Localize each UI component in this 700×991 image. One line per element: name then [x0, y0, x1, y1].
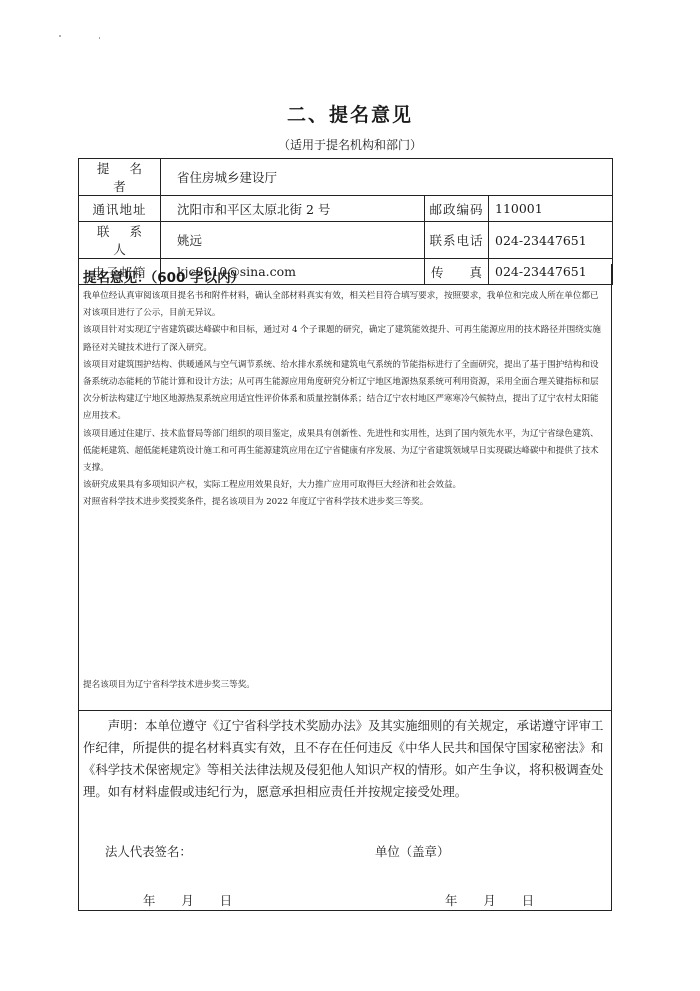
legal-rep-date: 年 月 日: [143, 891, 232, 909]
scan-speck: [59, 35, 61, 37]
date-month-label: 月: [181, 891, 193, 909]
opinion-paragraph: 对照省科学技术进步奖授奖条件，提名该项目为 2022 年度辽宁省科学技术进步奖三…: [83, 494, 605, 511]
opinion-paragraph: 我单位经认真审阅该项目提名书和附件材料，确认全部材料真实有效，相关栏目符合填写要…: [83, 288, 605, 322]
opinion-paragraph: 该研究成果具有多项知识产权，实际工程应用效果良好，大力推广应用可取得巨大经济和社…: [83, 477, 605, 494]
page-title: 二、提名意见: [0, 100, 700, 127]
contact-label: 联 系 人: [79, 222, 161, 259]
postcode-label: 邮政编码: [425, 196, 489, 222]
phone-label: 联系电话: [425, 222, 489, 259]
opinion-body: 我单位经认真审阅该项目提名书和附件材料，确认全部材料真实有效，相关栏目符合填写要…: [83, 288, 605, 512]
date-month-label: 月: [483, 891, 495, 909]
date-day-label: 日: [220, 891, 232, 909]
unit-seal-label: 单位（盖章）: [375, 842, 449, 860]
date-day-label: 日: [522, 891, 534, 909]
nominator-value: 省住房城乡建设厅: [161, 159, 613, 196]
address-label: 通讯地址: [79, 196, 161, 222]
phone-value: 024-23447651: [489, 222, 613, 259]
unit-seal-date: 年 月 日: [445, 891, 534, 909]
postcode-value: 110001: [489, 196, 613, 222]
opinion-paragraph: 该项目对建筑围护结构、供暖通风与空气调节系统、给水排水系统和建筑电气系统的节能指…: [83, 357, 605, 426]
address-value: 沈阳市和平区太原北街 2 号: [161, 196, 425, 222]
opinion-heading: 提名意见：（600 字以内）: [83, 266, 611, 286]
declaration-text: 声明：本单位遵守《辽宁省科学技术奖励办法》及其实施细则的有关规定，承诺遵守评审工…: [83, 715, 607, 803]
scan-speck: [99, 37, 100, 39]
opinion-conclusion: 提名该项目为辽宁省科学技术进步奖三等奖。: [83, 678, 255, 690]
date-year-label: 年: [445, 891, 457, 909]
table-row-contact: 联 系 人 姚远 联系电话 024-23447651: [79, 222, 613, 259]
nomination-opinion-box: 提名意见：（600 字以内） 我单位经认真审阅该项目提名书和附件材料，确认全部材…: [78, 264, 612, 711]
table-row-nominator: 提 名 者 省住房城乡建设厅: [79, 159, 613, 196]
declaration-box: 声明：本单位遵守《辽宁省科学技术奖励办法》及其实施细则的有关规定，承诺遵守评审工…: [78, 710, 612, 911]
opinion-paragraph: 该项目针对实现辽宁省建筑碳达峰碳中和目标，通过对 4 个子课题的研究，确定了建筑…: [83, 322, 605, 356]
contact-value: 姚远: [161, 222, 425, 259]
legal-rep-signature-label: 法人代表签名：: [105, 842, 192, 860]
page-subtitle: （适用于提名机构和部门）: [0, 136, 700, 153]
table-row-address: 通讯地址 沈阳市和平区太原北街 2 号 邮政编码 110001: [79, 196, 613, 222]
nominator-label: 提 名 者: [79, 159, 161, 196]
date-year-label: 年: [143, 891, 155, 909]
opinion-paragraph: 该项目通过住建厅、技术监督局等部门组织的项目鉴定，成果具有创新性、先进性和实用性…: [83, 426, 605, 478]
